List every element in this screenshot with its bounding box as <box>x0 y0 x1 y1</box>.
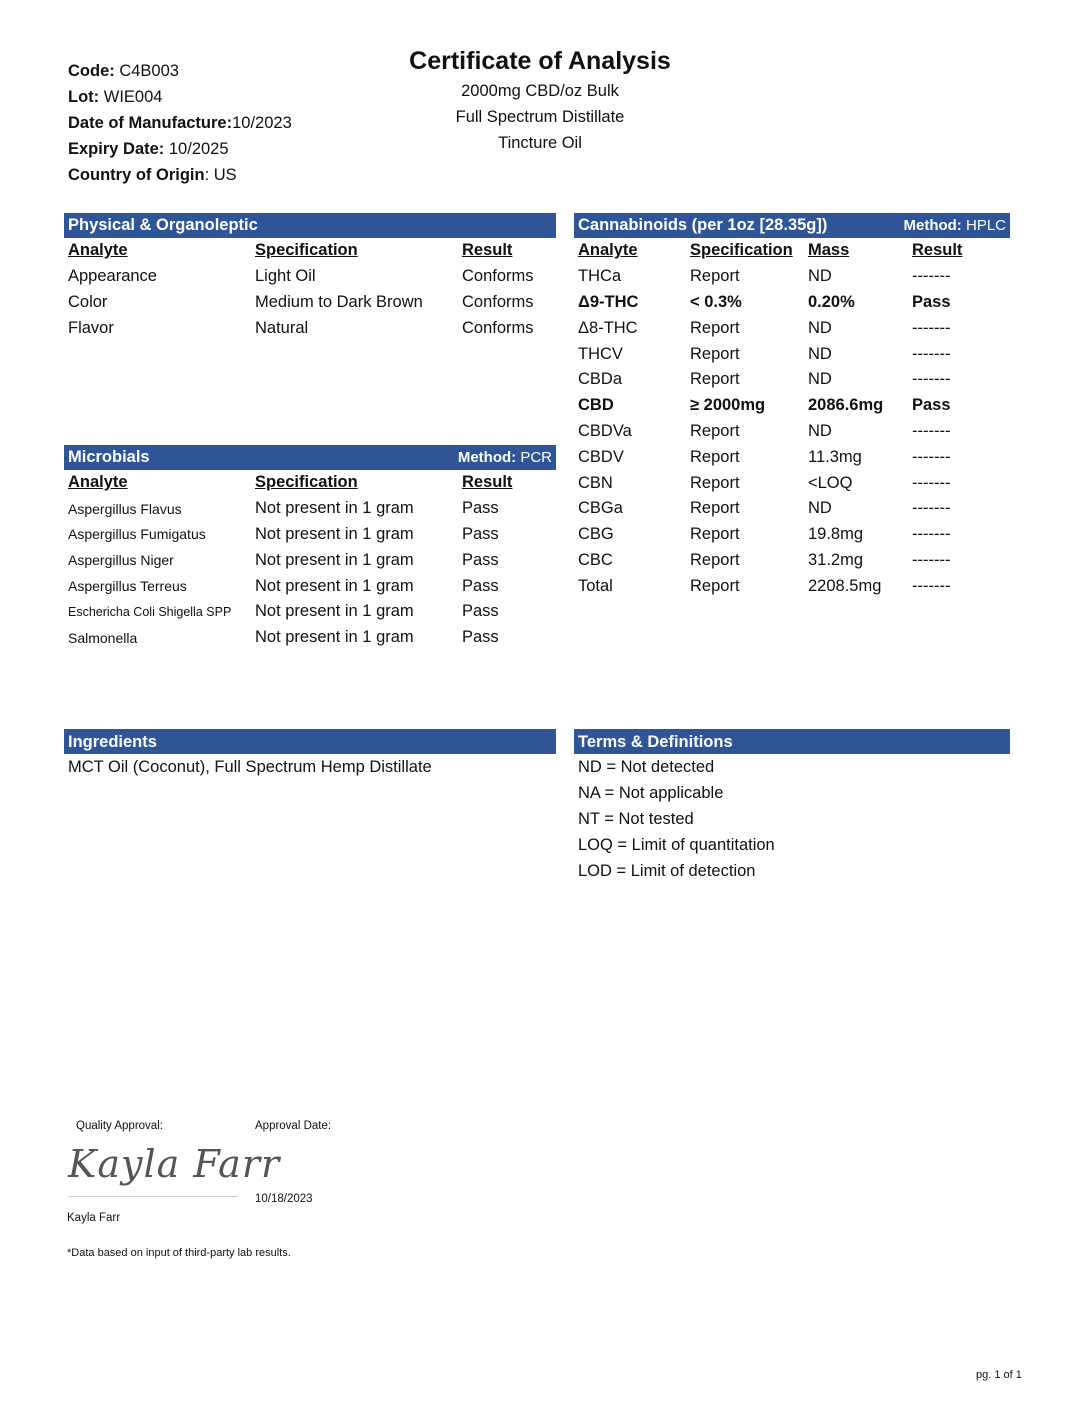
table-cell: ------- <box>908 496 1010 522</box>
table-cell: CBDVa <box>574 419 686 445</box>
table-row: CBDVReport11.3mg------- <box>574 444 1010 470</box>
physical-table: Analyte Specification Result AppearanceL… <box>64 238 556 341</box>
approval-date-label: Approval Date: <box>255 1120 331 1132</box>
table-cell: Pass <box>458 547 556 573</box>
page-title: Certificate of Analysis <box>380 44 700 78</box>
table-cell: ND <box>804 367 908 393</box>
meta-lot: Lot: WIE004 <box>68 84 292 110</box>
table-row: AppearanceLight OilConforms <box>64 264 556 290</box>
cannabinoids-section: Cannabinoids (per 1oz [28.35g]) Method: … <box>574 213 1010 599</box>
table-row: THCaReportND------- <box>574 264 1010 290</box>
term-item: NA = Not applicable <box>574 780 1010 806</box>
table-cell: CBG <box>574 522 686 548</box>
table-cell: ND <box>804 264 908 290</box>
subtitle-line: Tincture Oil <box>380 130 700 156</box>
table-cell: Appearance <box>64 264 251 290</box>
table-row: CBGaReportND------- <box>574 496 1010 522</box>
table-cell: Salmonella <box>64 625 251 651</box>
approver-name: Kayla Farr <box>67 1212 120 1224</box>
microbials-section-header: Microbials Method: PCR <box>64 445 556 470</box>
meta-expiry-date: Expiry Date: 10/2025 <box>68 136 292 162</box>
table-cell: Pass <box>458 625 556 651</box>
method-label: Method: PCR <box>458 445 552 470</box>
table-cell: Natural <box>251 315 458 341</box>
table-cell: THCa <box>574 264 686 290</box>
term-item: LOD = Limit of detection <box>574 858 1010 884</box>
table-cell: Not present in 1 gram <box>251 599 458 625</box>
table-cell: Pass <box>458 522 556 548</box>
document-meta: Code: C4B003 Lot: WIE004 Date of Manufac… <box>68 58 292 188</box>
table-cell: Report <box>686 341 804 367</box>
table-cell: Report <box>686 419 804 445</box>
table-row: Eschericha Coli Shigella SPPNot present … <box>64 599 556 625</box>
table-cell: Aspergillus Terreus <box>64 573 251 599</box>
table-header-row: Analyte Specification Result <box>64 470 556 496</box>
terms-section-header: Terms & Definitions <box>574 729 1010 754</box>
table-cell: <LOQ <box>804 470 908 496</box>
table-row: TotalReport2208.5mg------- <box>574 573 1010 599</box>
approval-date: 10/18/2023 <box>255 1193 313 1205</box>
table-cell: 11.3mg <box>804 444 908 470</box>
table-cell: CBGa <box>574 496 686 522</box>
table-cell: ------- <box>908 264 1010 290</box>
table-cell: CBN <box>574 470 686 496</box>
table-row: THCVReportND------- <box>574 341 1010 367</box>
method-label: Method: HPLC <box>903 213 1006 238</box>
table-cell: Δ8-THC <box>574 315 686 341</box>
table-row: FlavorNaturalConforms <box>64 315 556 341</box>
table-cell: Conforms <box>458 315 556 341</box>
table-cell: CBDV <box>574 444 686 470</box>
title-block: Certificate of Analysis 2000mg CBD/oz Bu… <box>380 44 700 156</box>
cannabinoids-section-header: Cannabinoids (per 1oz [28.35g]) Method: … <box>574 213 1010 238</box>
table-cell: Not present in 1 gram <box>251 496 458 522</box>
table-row: Aspergillus NigerNot present in 1 gramPa… <box>64 547 556 573</box>
subtitle-line: 2000mg CBD/oz Bulk <box>380 78 700 104</box>
table-cell: Report <box>686 367 804 393</box>
table-cell: Δ9-THC <box>574 290 686 316</box>
table-cell: Not present in 1 gram <box>251 547 458 573</box>
table-cell: ND <box>804 341 908 367</box>
quality-approval-label: Quality Approval: <box>76 1120 163 1132</box>
table-cell: Medium to Dark Brown <box>251 290 458 316</box>
table-cell: ND <box>804 419 908 445</box>
footnote: *Data based on input of third-party lab … <box>67 1247 291 1259</box>
table-cell: Not present in 1 gram <box>251 573 458 599</box>
table-row: ColorMedium to Dark BrownConforms <box>64 290 556 316</box>
table-cell: Report <box>686 470 804 496</box>
table-row: CBDVaReportND------- <box>574 419 1010 445</box>
table-row: CBD≥ 2000mg2086.6mgPass <box>574 393 1010 419</box>
table-cell: ND <box>804 496 908 522</box>
table-cell: CBC <box>574 548 686 574</box>
table-row: Aspergillus FumigatusNot present in 1 gr… <box>64 522 556 548</box>
table-row: CBCReport31.2mg------- <box>574 548 1010 574</box>
table-cell: CBDa <box>574 367 686 393</box>
table-cell: Aspergillus Flavus <box>64 496 251 522</box>
table-cell: ≥ 2000mg <box>686 393 804 419</box>
table-cell: Report <box>686 444 804 470</box>
table-cell: Not present in 1 gram <box>251 522 458 548</box>
table-cell: ------- <box>908 470 1010 496</box>
table-cell: ------- <box>908 341 1010 367</box>
term-item: ND = Not detected <box>574 754 1010 780</box>
table-cell: Report <box>686 573 804 599</box>
table-cell: Flavor <box>64 315 251 341</box>
cannabinoids-table: Analyte Specification Mass Result THCaRe… <box>574 238 1010 599</box>
table-cell: 2208.5mg <box>804 573 908 599</box>
table-row: Aspergillus FlavusNot present in 1 gramP… <box>64 496 556 522</box>
table-cell: 31.2mg <box>804 548 908 574</box>
table-cell: Conforms <box>458 264 556 290</box>
table-cell: Aspergillus Fumigatus <box>64 522 251 548</box>
table-cell: ------- <box>908 522 1010 548</box>
table-cell: Pass <box>908 290 1010 316</box>
table-row: Δ9-THC< 0.3%0.20%Pass <box>574 290 1010 316</box>
table-cell: 2086.6mg <box>804 393 908 419</box>
microbials-table: Analyte Specification Result Aspergillus… <box>64 470 556 651</box>
table-row: Δ8-THCReportND------- <box>574 315 1010 341</box>
signature-line <box>68 1196 238 1197</box>
table-cell: Light Oil <box>251 264 458 290</box>
table-row: SalmonellaNot present in 1 gramPass <box>64 625 556 651</box>
table-cell: ------- <box>908 444 1010 470</box>
table-cell: Eschericha Coli Shigella SPP <box>64 599 251 625</box>
page-number: pg. 1 of 1 <box>976 1369 1022 1381</box>
table-cell: Report <box>686 548 804 574</box>
table-cell: Conforms <box>458 290 556 316</box>
term-item: NT = Not tested <box>574 806 1010 832</box>
table-cell: Pass <box>458 573 556 599</box>
table-row: Aspergillus TerreusNot present in 1 gram… <box>64 573 556 599</box>
table-cell: 0.20% <box>804 290 908 316</box>
physical-section: Physical & Organoleptic Analyte Specific… <box>64 213 556 341</box>
subtitle-line: Full Spectrum Distillate <box>380 104 700 130</box>
table-cell: ------- <box>908 419 1010 445</box>
meta-country: Country of Origin: US <box>68 162 292 188</box>
table-cell: ------- <box>908 573 1010 599</box>
table-cell: Report <box>686 315 804 341</box>
meta-code: Code: C4B003 <box>68 58 292 84</box>
table-cell: ND <box>804 315 908 341</box>
table-cell: Report <box>686 264 804 290</box>
table-row: CBGReport19.8mg------- <box>574 522 1010 548</box>
table-cell: Not present in 1 gram <box>251 625 458 651</box>
table-cell: Total <box>574 573 686 599</box>
table-cell: Pass <box>458 599 556 625</box>
table-cell: CBD <box>574 393 686 419</box>
table-row: CBDaReportND------- <box>574 367 1010 393</box>
physical-section-header: Physical & Organoleptic <box>64 213 556 238</box>
term-item: LOQ = Limit of quantitation <box>574 832 1010 858</box>
table-cell: Aspergillus Niger <box>64 547 251 573</box>
ingredients-text: MCT Oil (Coconut), Full Spectrum Hemp Di… <box>64 754 556 780</box>
table-row: CBNReport<LOQ------- <box>574 470 1010 496</box>
table-cell: Color <box>64 290 251 316</box>
table-cell: THCV <box>574 341 686 367</box>
table-cell: ------- <box>908 315 1010 341</box>
table-cell: ------- <box>908 367 1010 393</box>
table-cell: Pass <box>458 496 556 522</box>
table-cell: ------- <box>908 548 1010 574</box>
table-cell: 19.8mg <box>804 522 908 548</box>
signature: Kayla Farr <box>68 1142 280 1186</box>
table-header-row: Analyte Specification Result <box>64 238 556 264</box>
table-header-row: Analyte Specification Mass Result <box>574 238 1010 264</box>
terms-section: Terms & Definitions ND = Not detected NA… <box>574 729 1010 884</box>
table-cell: Report <box>686 522 804 548</box>
microbials-section: Microbials Method: PCR Analyte Specifica… <box>64 445 556 651</box>
meta-manufacture-date: Date of Manufacture:10/2023 <box>68 110 292 136</box>
table-cell: Pass <box>908 393 1010 419</box>
ingredients-section-header: Ingredients <box>64 729 556 754</box>
table-cell: < 0.3% <box>686 290 804 316</box>
ingredients-section: Ingredients MCT Oil (Coconut), Full Spec… <box>64 729 556 780</box>
table-cell: Report <box>686 496 804 522</box>
